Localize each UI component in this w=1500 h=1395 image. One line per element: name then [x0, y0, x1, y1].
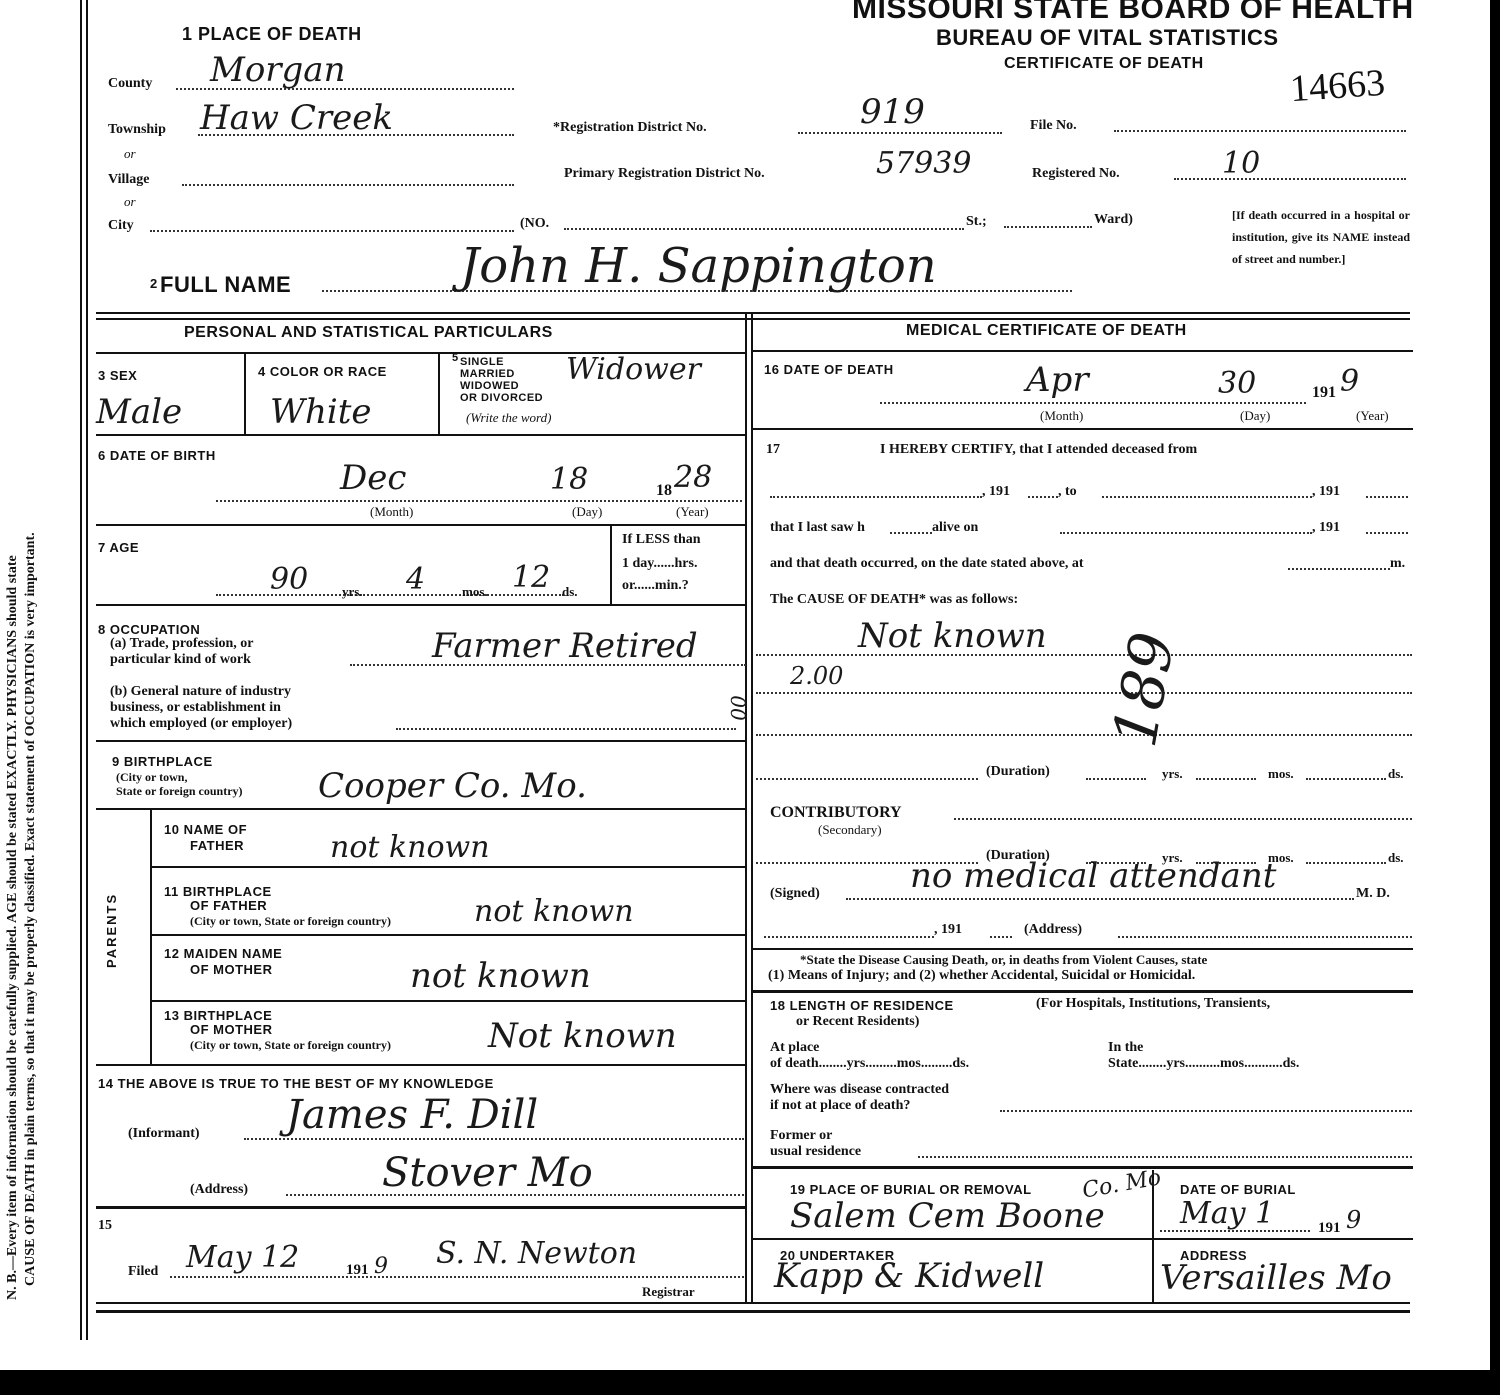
informant-label: (Informant)	[128, 1126, 200, 1142]
filed-date: May 12	[186, 1240, 299, 1275]
signed-label: (Signed)	[770, 886, 820, 902]
date-of-death-label: 16 DATE OF DEATH	[764, 362, 894, 377]
mother-birthplace-value: Not known	[488, 1016, 677, 1056]
township-value: Haw Creek	[200, 98, 393, 138]
side-instructions-line1: N. B.—Every item of information should b…	[4, 0, 22, 1300]
occupation-value: Farmer Retired	[432, 626, 698, 666]
age-months: 4	[406, 562, 425, 597]
dob-month: Dec	[340, 458, 406, 498]
village-label: Village	[108, 172, 149, 188]
registered-no-value: 10	[1222, 146, 1260, 181]
stamp-number: 14663	[1289, 61, 1387, 112]
place-of-death-heading: 1 PLACE OF DEATH	[182, 24, 362, 45]
medical-heading: MEDICAL CERTIFICATE OF DEATH	[906, 322, 1187, 340]
mother-name-value: not known	[410, 956, 591, 996]
death-certificate-page: N. B.—Every item of information should b…	[0, 0, 1490, 1370]
undertaker-address-value: Versailles Mo	[1160, 1258, 1392, 1298]
cause-of-death-value: Not known	[858, 616, 1047, 656]
date-of-birth-label: 6 DATE OF BIRTH	[98, 448, 216, 463]
file-no-label: File No.	[1030, 118, 1077, 134]
race-value: White	[270, 392, 372, 432]
industry-value: 00	[727, 695, 751, 720]
dod-day: 30	[1218, 366, 1256, 401]
registration-district-value: 919	[860, 92, 925, 132]
board-title: MISSOURI STATE BOARD OF HEALTH	[852, 0, 1414, 26]
left-border-outer	[80, 0, 82, 1340]
sex-value: Male	[96, 392, 182, 432]
birthplace-value: Cooper Co. Mo.	[318, 766, 587, 806]
contributory-label: CONTRIBUTORY	[770, 804, 902, 822]
registrar-signature: S. N. Newton	[436, 1236, 637, 1271]
dob-year: 28	[674, 460, 712, 495]
marital-status-value: Widower	[566, 352, 701, 387]
footnote-line1: *State the Disease Causing Death, or, in…	[800, 952, 1207, 968]
dod-year: 9	[1340, 364, 1359, 399]
dob-day: 18	[550, 462, 588, 497]
burial-place-value: Salem Cem Boone	[790, 1196, 1105, 1236]
registration-district-label: *Registration District No.	[553, 120, 707, 136]
father-name-value: not known	[330, 830, 490, 865]
street-number-label: (NO.	[520, 216, 549, 232]
race-label: 4 COLOR OR RACE	[258, 364, 387, 379]
registrar-label: Registrar	[642, 1284, 695, 1300]
burial-date-value: May 1	[1180, 1196, 1274, 1231]
left-border-inner	[86, 0, 88, 1340]
primary-district-label: Primary Registration District No.	[564, 166, 765, 182]
undertaker-value: Kapp & Kidwell	[774, 1256, 1044, 1296]
informant-heading: 14 THE ABOVE IS TRUE TO THE BEST OF MY K…	[98, 1076, 494, 1091]
age-label: 7 AGE	[98, 540, 139, 555]
marital-hint: (Write the word)	[466, 410, 551, 426]
registered-no-label: Registered No.	[1032, 166, 1120, 182]
burial-year: 9	[1346, 1206, 1361, 1234]
filed-label: Filed	[128, 1264, 158, 1280]
occupation-label: 8 OCCUPATION	[98, 622, 200, 637]
parents-side-label: PARENTS	[104, 893, 119, 968]
age-days: 12	[512, 560, 550, 595]
cause-code: 2.00	[790, 662, 843, 690]
street-label: St.;	[966, 214, 987, 230]
dod-month: Apr	[1026, 360, 1089, 400]
scan-edge-bottom	[0, 1370, 1500, 1395]
full-name-label: FULL NAME	[160, 272, 291, 298]
cause-of-death-label: The CAUSE OF DEATH* was as follows:	[770, 592, 1018, 608]
certificate-title: CERTIFICATE OF DEATH	[1004, 55, 1204, 73]
informant-value: James F. Dill	[286, 1092, 538, 1138]
father-birthplace-value: not known	[474, 894, 634, 929]
township-label: Township	[108, 122, 166, 138]
bureau-title: BUREAU OF VITAL STATISTICS	[936, 25, 1279, 51]
signed-value: no medical attendant	[910, 856, 1276, 896]
county-label: County	[108, 76, 152, 92]
county-value: Morgan	[210, 50, 345, 90]
informant-address-value: Stover Mo	[382, 1150, 593, 1196]
scan-edge-right	[1490, 0, 1500, 1395]
informant-address-label: (Address)	[190, 1182, 248, 1198]
burial-place-label: 19 PLACE OF BURIAL OR REMOVAL	[790, 1182, 1032, 1197]
primary-district-value: 57939	[876, 146, 971, 181]
side-instructions-line2: CAUSE OF DEATH in plain terms, so that i…	[22, 0, 40, 1300]
full-name-value: John H. Sappington	[460, 238, 937, 294]
age-years: 90	[270, 562, 308, 597]
side-instructions: N. B.—Every item of information should b…	[4, 0, 40, 1300]
hospital-note: [If death occurred in a hospital or inst…	[1232, 204, 1410, 270]
sex-label: 3 SEX	[98, 368, 137, 383]
filed-year: 9	[374, 1254, 388, 1279]
certify-statement: I HEREBY CERTIFY, that I attended deceas…	[880, 442, 1197, 458]
ward-label: Ward)	[1094, 212, 1133, 228]
city-label: City	[108, 218, 134, 234]
footnote-line2: (1) Means of Injury; and (2) whether Acc…	[768, 968, 1195, 984]
burial-date-label: DATE OF BURIAL	[1180, 1182, 1296, 1197]
residence-heading: 18 LENGTH OF RESIDENCE	[770, 998, 954, 1013]
birthplace-label: 9 BIRTHPLACE	[112, 754, 213, 769]
personal-heading: PERSONAL AND STATISTICAL PARTICULARS	[184, 324, 553, 342]
marital-options: SINGLE MARRIED WIDOWED OR DIVORCED	[460, 356, 543, 404]
